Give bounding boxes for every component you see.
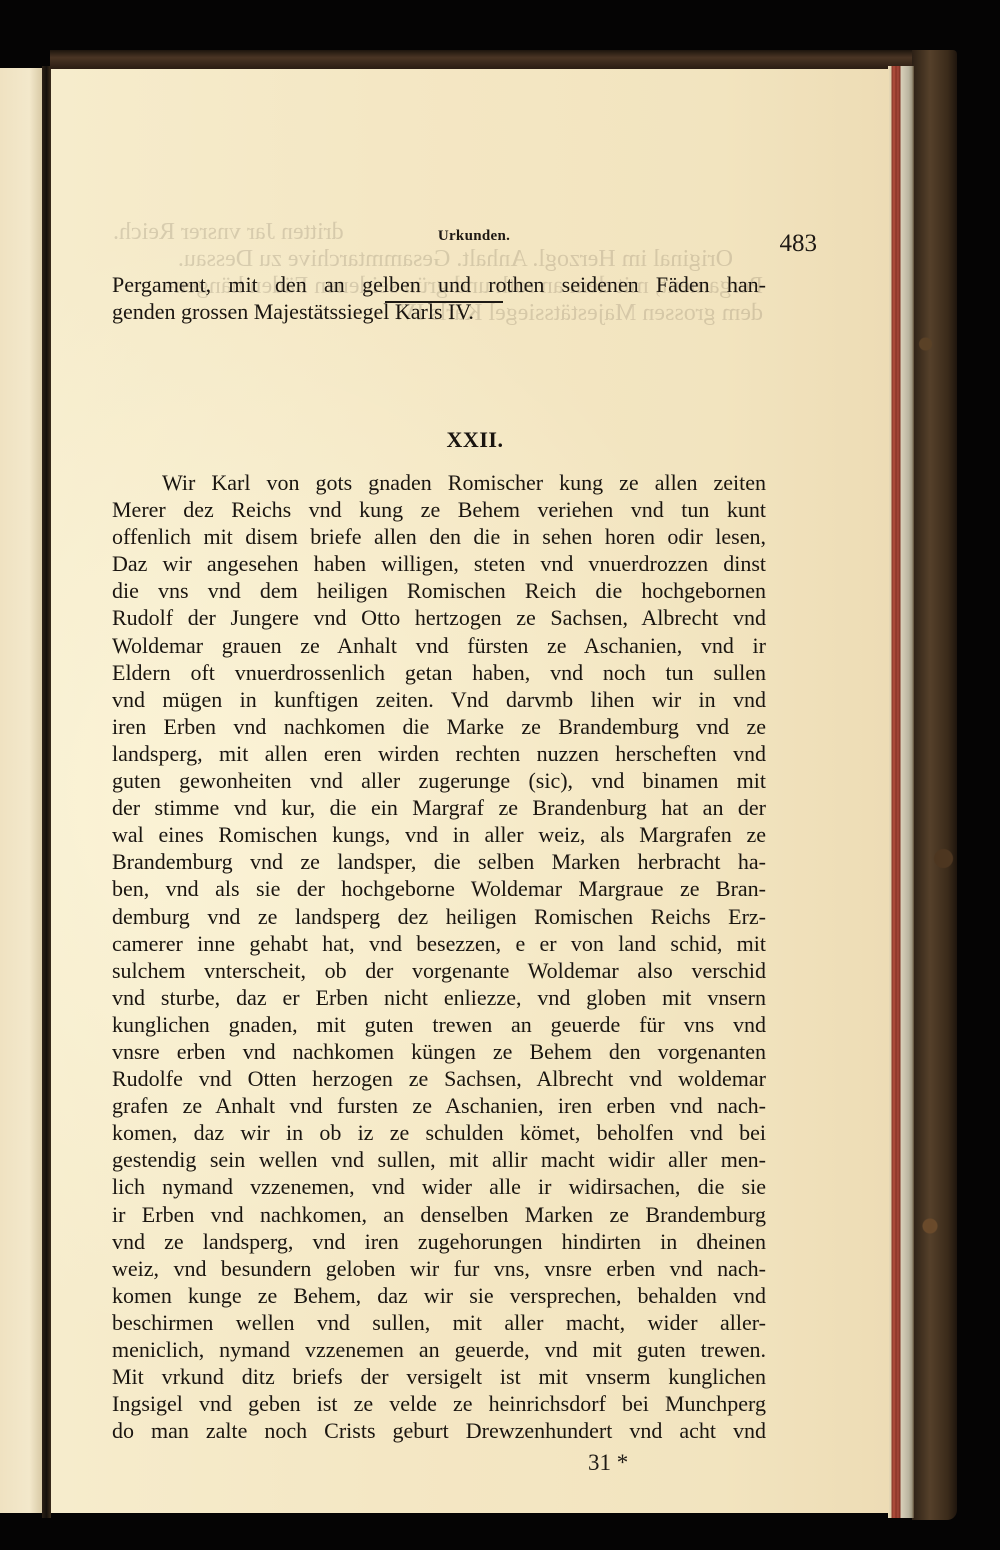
text-line: Mit vrkund ditz briefs der versigelt ist… [112, 1363, 766, 1390]
text-line: Merer dez Reichs vnd kung ze Behem verie… [112, 496, 766, 523]
charter-text: Wir Karl von gots gnaden Romischer kung … [112, 469, 766, 1444]
text-line: Pergament, mit den an gelben und rothen … [112, 271, 766, 298]
text-line: iren Erben vnd nachkomen die Marke ze Br… [112, 713, 766, 740]
text-line: grafen ze Anhalt vnd fursten ze Aschanie… [112, 1092, 766, 1119]
text-line: lich nymand vzzenemen, vnd wider alle ir… [112, 1173, 766, 1200]
book-cover-top-edge [50, 50, 940, 69]
text-line: komen, daz wir in ob iz ze schulden köme… [112, 1119, 766, 1146]
text-line: wal eines Romischen kungs, vnd in aller … [112, 821, 766, 848]
text-line: die vns vnd dem heiligen Romischen Reich… [112, 577, 766, 604]
text-line: Ingsigel vnd geben ist ze velde ze heinr… [112, 1390, 766, 1417]
text-line: Rudolf der Jungere vnd Otto hertzogen ze… [112, 604, 766, 631]
text-line: demburg vnd ze landsperg dez heiligen Ro… [112, 903, 766, 930]
text-line: ben, vnd als sie der hochgeborne Woldema… [112, 875, 766, 902]
text-line: Eldern oft vnuerdrossenlich getan haben,… [112, 659, 766, 686]
text-line: do man zalte noch Crists geburt Drewzenh… [112, 1417, 766, 1444]
book-page: dritten Jar vnsrer Reich. Original im He… [51, 69, 889, 1513]
text-line: camerer inne gehabt hat, vnd besezzen, e… [112, 930, 766, 957]
text-line: Rudolfe vnd Otten herzogen ze Sachsen, A… [112, 1065, 766, 1092]
text-line: offenlich mit disem briefe allen den die… [112, 523, 766, 550]
section-separator-rule [385, 301, 503, 303]
text-line: vnd sturbe, daz er Erben nicht enliezze,… [112, 984, 766, 1011]
signature-mark: 31 * [588, 1450, 628, 1476]
text-line: vnd ze landsperg, vnd iren zugehorungen … [112, 1228, 766, 1255]
text-line: beschirmen wellen vnd sullen, mit aller … [112, 1309, 766, 1336]
text-line: Wir Karl von gots gnaden Romischer kung … [112, 469, 766, 496]
text-line: vnd mügen in kunftigen zeiten. Vnd darvm… [112, 686, 766, 713]
section-heading: XXII. [51, 427, 889, 453]
text-line: sulchem vnterscheit, ob der vorgenante W… [112, 957, 766, 984]
text-line: gestendig sein wellen vnd sullen, mit al… [112, 1146, 766, 1173]
page-number: 483 [727, 230, 817, 258]
intro-paragraph: Pergament, mit den an gelben und rothen … [112, 271, 766, 325]
book-cover-right-edge [912, 50, 957, 1520]
text-line: komen kunge ze Behem, daz wir sie verspr… [112, 1282, 766, 1309]
book-gutter [42, 66, 51, 1518]
bleed-line: Original im Herzogl. Anhalt. Gesammtarch… [113, 246, 763, 273]
text-line: Woldemar grauen ze Anhalt vnd fürsten ze… [112, 632, 766, 659]
text-line: Daz wir angesehen haben willigen, steten… [112, 550, 766, 577]
text-line: kunglichen gnaden, mit guten trewen an g… [112, 1011, 766, 1038]
page-stack-edges [888, 66, 914, 1518]
text-line: landsperg, mit allen eren wirden rechten… [112, 740, 766, 767]
text-line: ir Erben vnd nachkomen, an denselben Mar… [112, 1201, 766, 1228]
previous-page-edge [0, 68, 42, 1513]
text-line: der stimme vnd kur, die ein Margraf ze B… [112, 794, 766, 821]
text-line: guten gewonheiten vnd aller zugerunge (s… [112, 767, 766, 794]
text-line: vnsre erben vnd nachkomen küngen ze Behe… [112, 1038, 766, 1065]
text-line: meniclich, nymand vzzenemen an geuerde, … [112, 1336, 766, 1363]
text-line: weiz, vnd besundern geloben wir fur vns,… [112, 1255, 766, 1282]
text-line: Brandemburg vnd ze landsper, die selben … [112, 848, 766, 875]
